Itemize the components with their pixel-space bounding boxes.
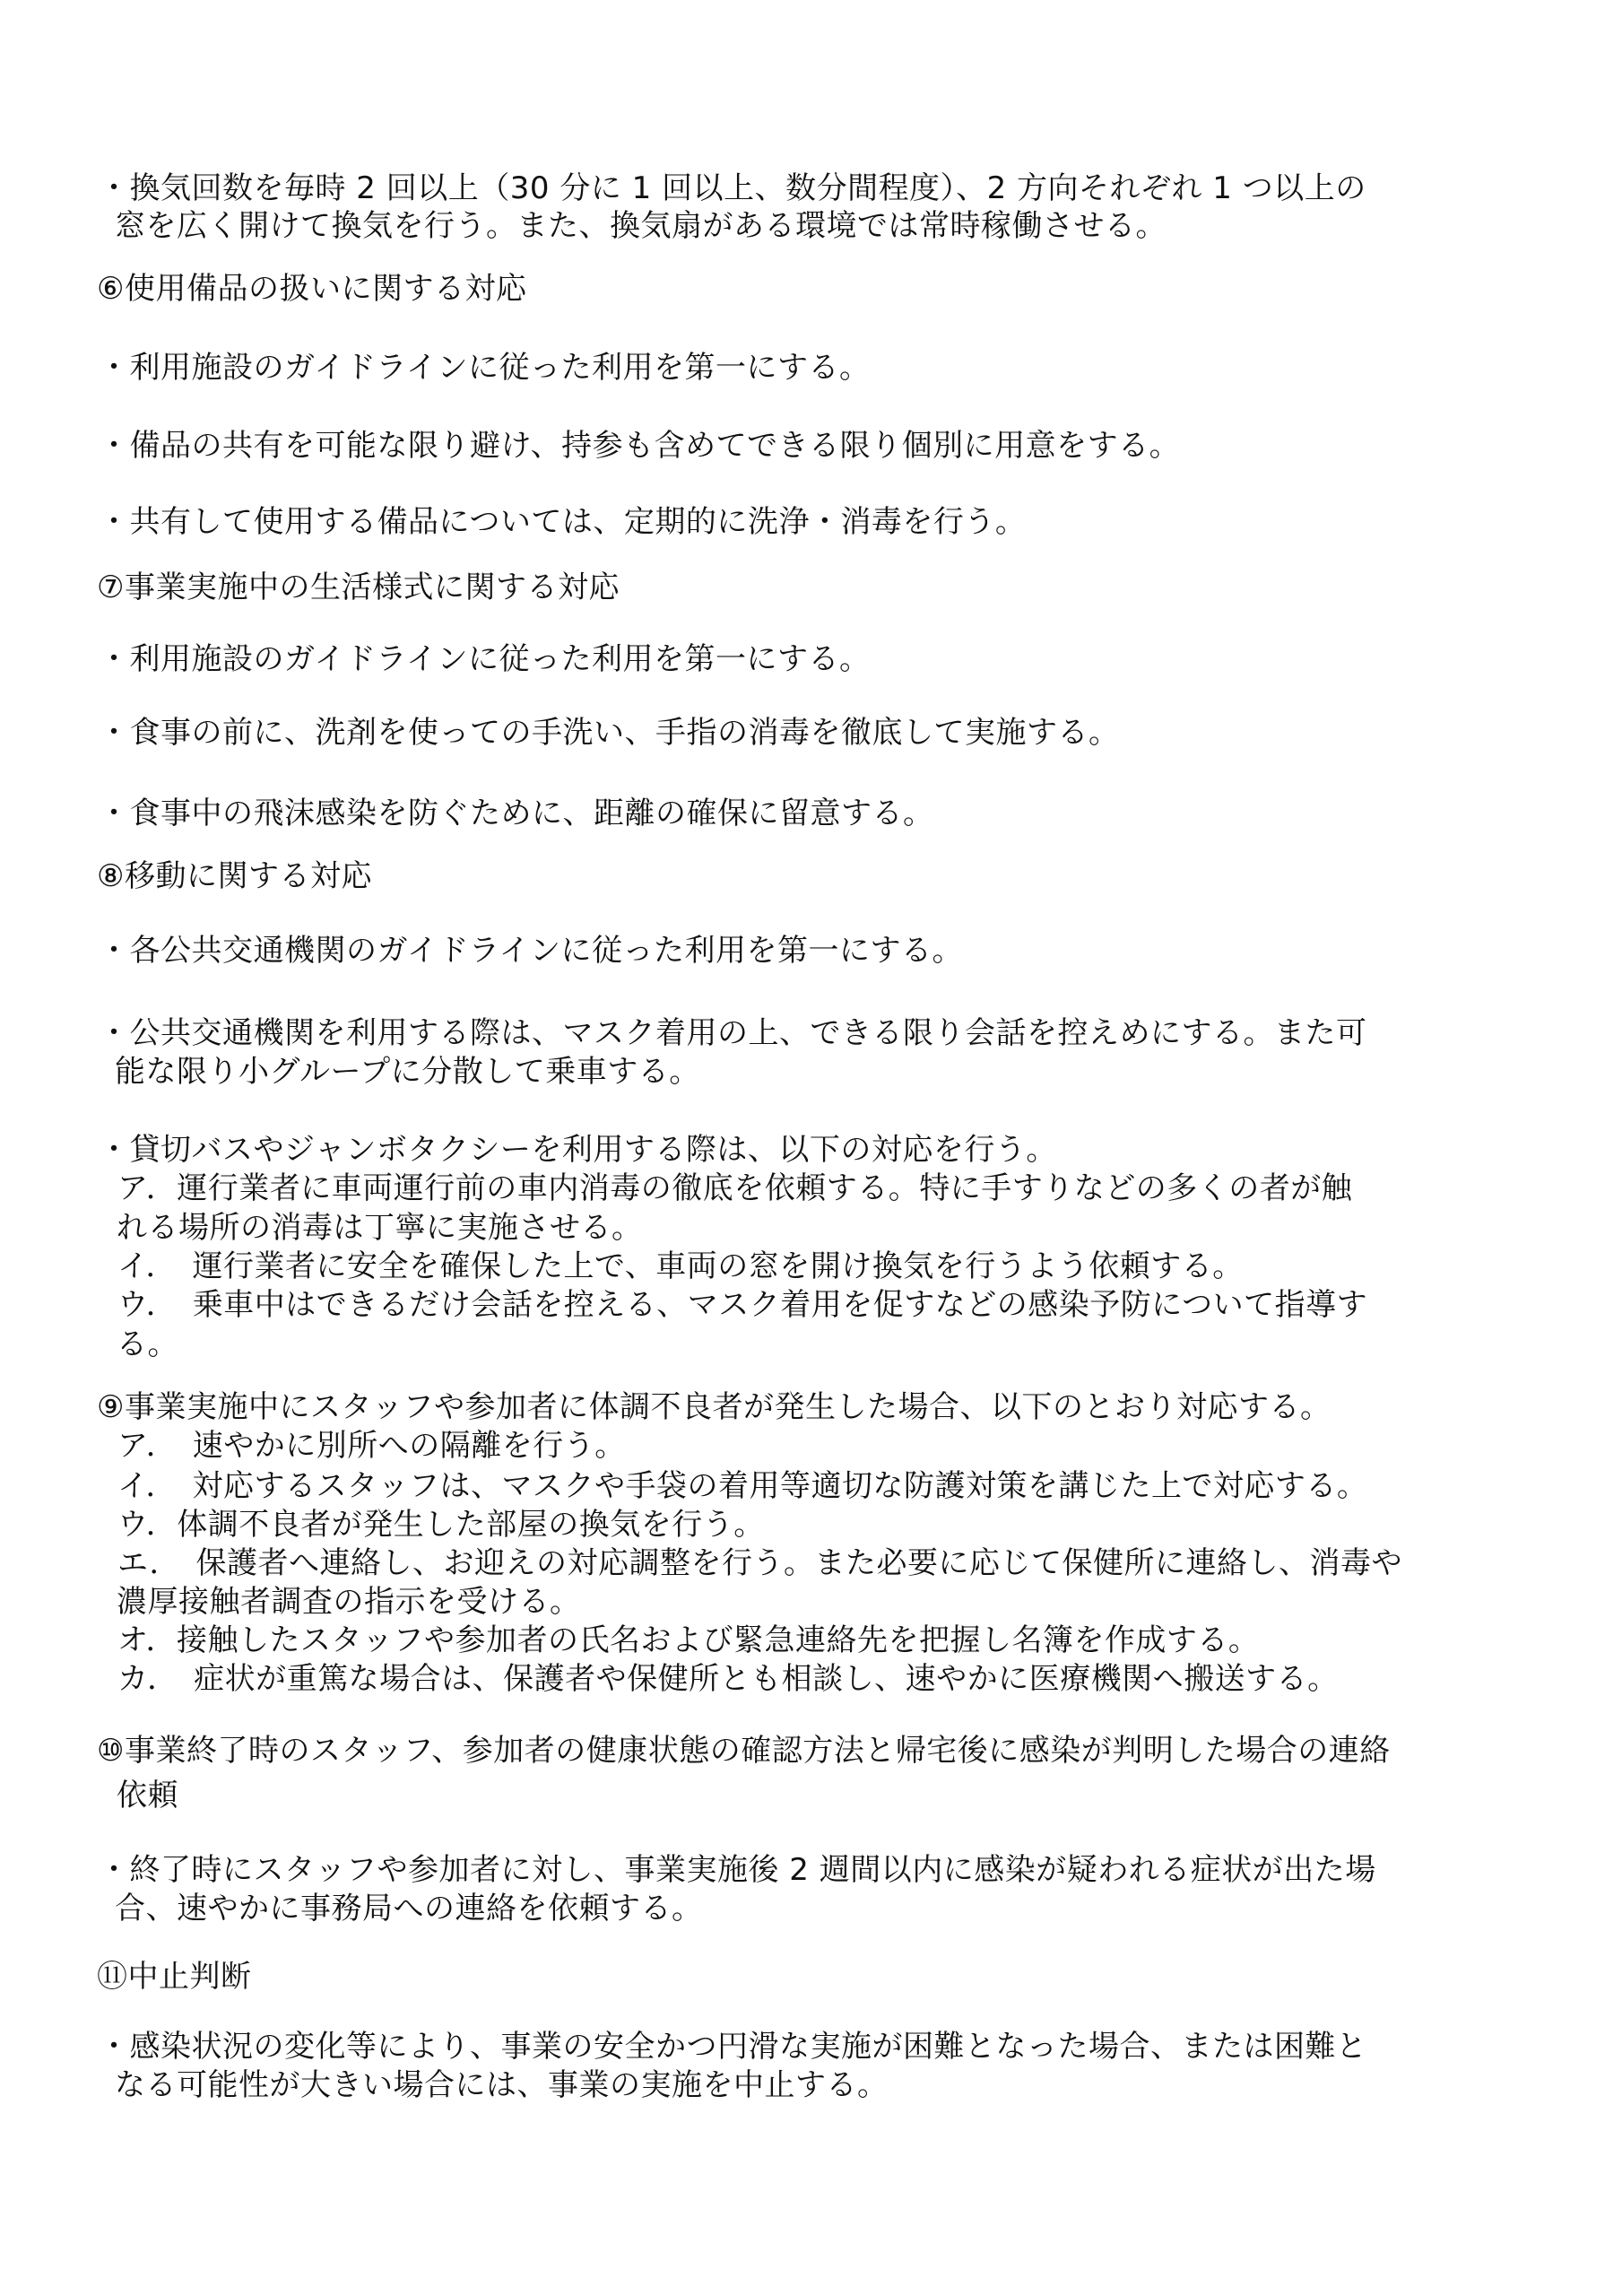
bullet-line: ・公共交通機関を利用する際は、マスク着用の上、できる限り会話を控えめにする。また… (99, 1013, 1367, 1053)
continuation-line: る。 (117, 1325, 178, 1364)
continuation-line: 合、速やかに事務局への連絡を依頼する。 (115, 1889, 703, 1928)
section-10-heading: ⑩事業終了時のスタッフ、参加者の健康状態の確認方法と帰宅後に感染が判明した場合の… (97, 1731, 1391, 1770)
bullet-line: ・終了時にスタッフや参加者に対し、事業実施後 2 週間以内に感染が疑われる症状が… (99, 1850, 1376, 1890)
continuation-line: 依頼 (117, 1776, 178, 1815)
bullet-line: ・換気回数を毎時 2 回以上（30 分に 1 回以上、数分間程度）、2 方向それ… (99, 169, 1366, 208)
sub-item-line: ウ．体調不良者が発生した部屋の換気を行う。 (117, 1505, 765, 1544)
sub-item-line: イ． 運行業者に安全を確保した上で、車両の窓を開け換気を行うよう依頼する。 (117, 1247, 1244, 1286)
bullet-line: ・食事の前に、洗剤を使っての手洗い、手指の消毒を徹底して実施する。 (99, 713, 1120, 752)
sub-item-line: エ． 保護者へ連絡し、お迎えの対応調整を行う。また必要に応じて保健所に連絡し、消… (117, 1544, 1402, 1583)
continuation-line: なる可能性が大きい場合には、事業の実施を中止する。 (115, 2066, 889, 2105)
sub-item-line: ア．運行業者に車両運行前の車内消毒の徹底を依頼する。特に手すりなどの多くの者が触 (117, 1169, 1352, 1208)
section-9-heading: ⑨事業実施中にスタッフや参加者に体調不良者が発生した場合、以下のとおり対応する。 (97, 1387, 1331, 1427)
bullet-line: ・共有して使用する備品については、定期的に洗浄・消毒を行う。 (99, 502, 1026, 542)
continuation-line: 能な限り小グループに分散して乗車する。 (115, 1052, 700, 1091)
sub-item-line: オ．接触したスタッフや参加者の氏名および緊急連絡先を把握し名簿を作成する。 (117, 1621, 1259, 1660)
sub-item-line: ア． 速やかに別所への隔離を行う。 (117, 1426, 626, 1465)
bullet-line: ・貸切バスやジャンボタクシーを利用する際は、以下の対応を行う。 (99, 1130, 1057, 1170)
bullet-line: ・利用施設のガイドラインに従った利用を第一にする。 (99, 639, 870, 679)
document-page: ・換気回数を毎時 2 回以上（30 分に 1 回以上、数分間程度）、2 方向それ… (0, 0, 1622, 2296)
section-6-heading: ⑥使用備品の扱いに関する対応 (97, 269, 526, 309)
bullet-line: ・各公共交通機関のガイドラインに従った利用を第一にする。 (99, 931, 963, 970)
continuation-line: れる場所の消毒は丁寧に実施させる。 (117, 1208, 643, 1248)
sub-item-line: イ． 対応するスタッフは、マスクや手袋の着用等適切な防護対策を講じた上で対応する… (117, 1466, 1367, 1506)
continuation-line: 窓を広く開けて換気を行う。また、換気扇がある環境では常時稼働させる。 (115, 206, 1167, 246)
bullet-line: ・感染状況の変化等により、事業の安全かつ円滑な実施が困難となった場合、または困難… (99, 2027, 1367, 2066)
bullet-line: ・備品の共有を可能な限り避け、持参も含めてできる限り個別に用意をする。 (99, 426, 1180, 465)
sub-item-line: カ． 症状が重篤な場合は、保護者や保健所とも相談し、速やかに医療機関へ搬送する。 (117, 1659, 1339, 1699)
section-11-heading: ⑪中止判断 (97, 1957, 252, 1996)
section-7-heading: ⑦事業実施中の生活様式に関する対応 (97, 568, 620, 607)
continuation-line: 濃厚接触者調査の指示を受ける。 (117, 1582, 581, 1622)
sub-item-line: ウ． 乗車中はできるだけ会話を控える、マスク着用を促すなどの感染予防について指導… (117, 1285, 1367, 1325)
bullet-line: ・食事中の飛沫感染を防ぐために、距離の確保に留意する。 (99, 794, 934, 833)
section-8-heading: ⑧移動に関する対応 (97, 857, 372, 896)
bullet-line: ・利用施設のガイドラインに従った利用を第一にする。 (99, 348, 870, 387)
